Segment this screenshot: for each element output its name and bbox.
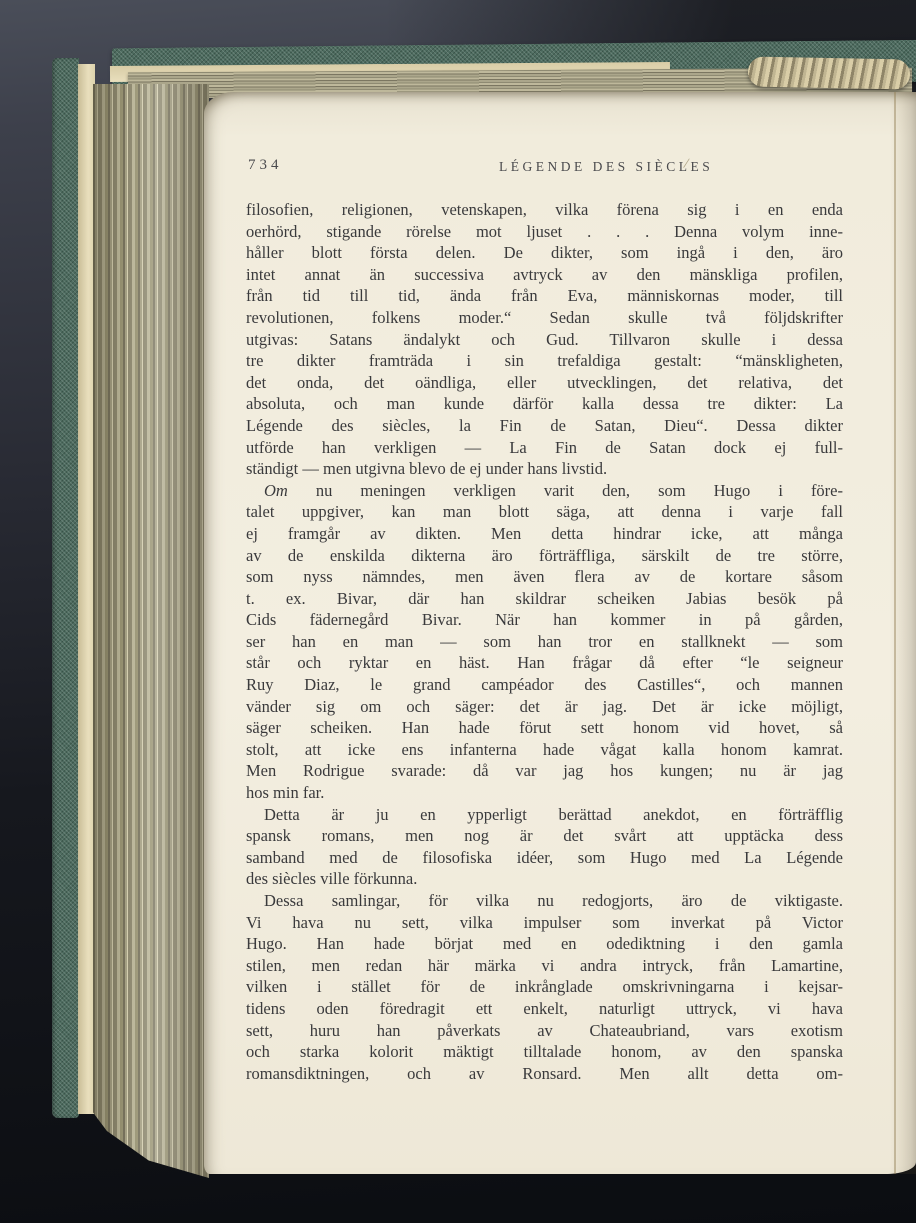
- text-line: tre dikter framträda i sin trefaldiga ge…: [246, 350, 843, 372]
- text-line: Detta är ju en ypperligt berättad anekdo…: [246, 804, 843, 826]
- running-title: LÉGENDE DES SIÈCLES: [499, 159, 713, 175]
- text-line: ständigt — men utgivna blevo de ej under…: [246, 458, 843, 480]
- book-page: 734 LÉGENDE DES SIÈCLES / filosofien, re…: [204, 92, 916, 1174]
- text-line: Men Rodrigue svarade: då var jag hos kun…: [246, 760, 843, 782]
- text-line: t. ex. Bivar, där han skildrar scheiken …: [246, 588, 843, 610]
- text-line: tidens oden föredragit ett enkelt, natur…: [246, 998, 843, 1020]
- text-line: håller blott första delen. De dikter, so…: [246, 242, 843, 264]
- text-line: stilen, men redan här märka vi andra int…: [246, 955, 843, 977]
- book-photo-scene: 734 LÉGENDE DES SIÈCLES / filosofien, re…: [0, 0, 916, 1223]
- text-line: det onda, det oändliga, eller utveckling…: [246, 372, 843, 394]
- text-line: ser han en man — som han tror en stallkn…: [246, 631, 843, 653]
- text-line: Ruy Diaz, le grand campéador des Castill…: [246, 674, 843, 696]
- text-line: Légende des siècles, la Fin de Satan, Di…: [246, 415, 843, 437]
- text-line: samband med de filosofiska idéer, som Hu…: [246, 847, 843, 869]
- text-line: utförde han verkligen — La Fin de Satan …: [246, 437, 843, 459]
- text-line: des siècles ville förkunna.: [246, 868, 843, 890]
- text-line: Hugo. Han hade börjat med en odediktning…: [246, 933, 843, 955]
- text-line: absoluta, och man kunde därför kalla des…: [246, 393, 843, 415]
- text-line: revolutionen, folkens moder.“ Sedan skul…: [246, 307, 843, 329]
- text-line: som nyss nämndes, men även flera av de k…: [246, 566, 843, 588]
- page-text: filosofien, religionen, vetenskapen, vil…: [246, 199, 843, 1084]
- text-line: sett, huru han påverkats av Chateaubrian…: [246, 1020, 843, 1042]
- page-edges-left: [93, 84, 209, 1178]
- page-header: 734 LÉGENDE DES SIÈCLES /: [246, 156, 846, 178]
- page-number: 734: [248, 157, 283, 174]
- text-line: utgivas: Satans ändalykt och Gud. Tillva…: [246, 329, 843, 351]
- text-line: står och ryktar en häst. Han frågar då e…: [246, 652, 843, 674]
- text-line: Dessa samlingar, för vilka nu redogjorts…: [246, 890, 843, 912]
- gutter-crease: [894, 92, 896, 1174]
- text-line: säger scheiken. Han hade förut sett hono…: [246, 717, 843, 739]
- text-line: stolt, att icke ens infanterna hade våga…: [246, 739, 843, 761]
- book-cover-left-edge: [52, 58, 79, 1118]
- text-line: oerhörd, stigande rörelse mot ljuset . .…: [246, 221, 843, 243]
- text-line: filosofien, religionen, vetenskapen, vil…: [246, 199, 843, 221]
- text-line: Om nu meningen verkligen varit den, som …: [246, 480, 843, 502]
- text-line: spansk romans, men nog är det svårt att …: [246, 825, 843, 847]
- text-line: romansdiktningen, och av Ronsard. Men al…: [246, 1063, 843, 1085]
- text-line: Vi hava nu sett, vilka impulser som inve…: [246, 912, 843, 934]
- text-line: och starka kolorit mäktigt tilltalade ho…: [246, 1041, 843, 1063]
- text-line: talet uppgiver, kan man blott säga, att …: [246, 501, 843, 523]
- text-line: hos min far.: [246, 782, 843, 804]
- text-line: ej framgår av dikten. Men detta hindrar …: [246, 523, 843, 545]
- text-line: Cids fädernegård Bivar. När han kommer i…: [246, 609, 843, 631]
- text-line: intet annat än successiva avtryck av den…: [246, 264, 843, 286]
- text-line: av de enskilda dikterna äro förträffliga…: [246, 545, 843, 567]
- endpaper-left-edge: [78, 64, 95, 1114]
- text-line: från tid till tid, ända från Eva, männis…: [246, 285, 843, 307]
- headband: [748, 56, 911, 89]
- text-line: vänder sig om och säger: det är jag. Det…: [246, 696, 843, 718]
- text-line: vilken i stället för de inkrånglade omsk…: [246, 976, 843, 998]
